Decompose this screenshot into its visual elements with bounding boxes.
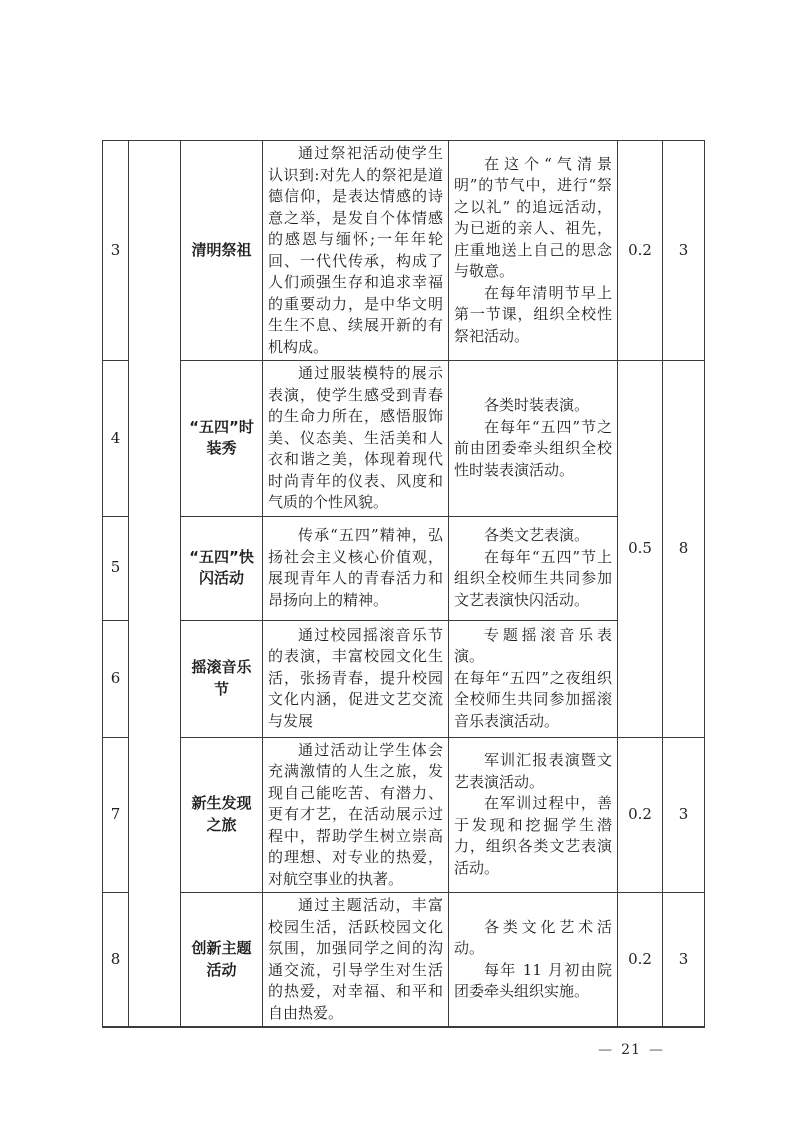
document-table: 3 清明祭祖 通过祭祀活动使学生认识到:对先人的祭祀是道德信仰，是表达情感的诗意… — [102, 140, 705, 1028]
implementation-paragraph: 专题摇滚音乐表演。 — [454, 625, 612, 668]
description-paragraph: 通过主题活动，丰富校园生活，活跃校园文化氛围，加强同学之间的沟通交流，引导学生对… — [268, 895, 443, 1024]
row-number: 8 — [103, 893, 129, 1028]
activity-description: 通过主题活动，丰富校园生活，活跃校园文化氛围，加强同学之间的沟通交流，引导学生对… — [263, 893, 449, 1028]
page-number: 21 — [621, 1042, 641, 1058]
description-paragraph: 通过校园摇滚音乐节的表演，丰富校园文化生活，张扬青春，提升校园文化内涵，促进文艺… — [268, 625, 443, 733]
row-number: 4 — [103, 361, 129, 517]
table-row: 6 摇滚音乐节 通过校园摇滚音乐节的表演，丰富校园文化生活，张扬青春，提升校园文… — [103, 620, 705, 737]
activity-name: “五四”时装秀 — [181, 361, 263, 517]
implementation-paragraph: 在每年“五四”节之前由团委牵头组织全校性时装表演活动。 — [454, 417, 612, 482]
implementation-paragraph: 各类文化艺术活动。 — [454, 917, 612, 960]
activity-implementation: 专题摇滚音乐表演。 在每年“五四”之夜组织全校师生共同参加摇滚音乐表演活动。 — [449, 620, 618, 737]
implementation-paragraph: 在每年清明节早上第一节课，组织全校性祭祀活动。 — [454, 283, 612, 348]
description-paragraph: 传承“五四”精神，弘扬社会主义核心价值观，展现青年人的青春活力和昂扬向上的精神。 — [268, 525, 443, 611]
row-number: 7 — [103, 737, 129, 893]
activity-name: “五四”快闪活动 — [181, 516, 263, 620]
footer-dash-left: — — [598, 1042, 613, 1058]
activity-implementation: 军训汇报表演暨文艺表演活动。 在军训过程中，善于发现和挖掘学生潜力，组织各类文艺… — [449, 737, 618, 893]
activity-name: 创新主题活动 — [181, 893, 263, 1028]
activity-implementation: 在这个“气清景明”的节气中，进行“祭之以礼” 的追远活动，为已逝的亲人、祖先，庄… — [449, 141, 618, 361]
implementation-paragraph: 各类时装表演。 — [454, 395, 612, 417]
credit-cell: 0.2 — [618, 141, 663, 361]
table-row: 3 清明祭祖 通过祭祀活动使学生认识到:对先人的祭祀是道德信仰，是表达情感的诗意… — [103, 141, 705, 361]
credit-cell: 0.5 — [618, 361, 663, 738]
activity-description: 通过校园摇滚音乐节的表演，丰富校园文化生活，张扬青春，提升校园文化内涵，促进文艺… — [263, 620, 449, 737]
implementation-paragraph: 军训汇报表演暨文艺表演活动。 — [454, 750, 612, 793]
activity-description: 通过活动让学生体会充满激情的人生之旅，发现自己能吃苦、有潜力、更有才艺，在活动展… — [263, 737, 449, 893]
description-paragraph: 通过服装模特的展示表演，使学生感受到青春的生命力所在，感悟服饰美、仪态美、生活美… — [268, 363, 443, 514]
hours-cell: 3 — [663, 893, 705, 1028]
document-page: 3 清明祭祖 通过祭祀活动使学生认识到:对先人的祭祀是道德信仰，是表达情感的诗意… — [0, 0, 793, 1122]
activity-description: 传承“五四”精神，弘扬社会主义核心价值观，展现青年人的青春活力和昂扬向上的精神。 — [263, 516, 449, 620]
table-row: 4 “五四”时装秀 通过服装模特的展示表演，使学生感受到青春的生命力所在，感悟服… — [103, 361, 705, 517]
implementation-paragraph: 每年 11 月初由院团委牵头组织实施。 — [454, 960, 612, 1003]
row-number: 3 — [103, 141, 129, 361]
credit-cell: 0.2 — [618, 737, 663, 893]
description-paragraph: 通过活动让学生体会充满激情的人生之旅，发现自己能吃苦、有潜力、更有才艺，在活动展… — [268, 740, 443, 891]
activity-name: 新生发现之旅 — [181, 737, 263, 893]
credit-cell: 0.2 — [618, 893, 663, 1028]
description-paragraph: 通过祭祀活动使学生认识到:对先人的祭祀是道德信仰，是表达情感的诗意之举，是发自个… — [268, 143, 443, 358]
hours-cell: 3 — [663, 141, 705, 361]
row-number: 6 — [103, 620, 129, 737]
activity-name: 摇滚音乐节 — [181, 620, 263, 737]
activity-description: 通过服装模特的展示表演，使学生感受到青春的生命力所在，感悟服饰美、仪态美、生活美… — [263, 361, 449, 517]
activity-implementation: 各类时装表演。 在每年“五四”节之前由团委牵头组织全校性时装表演活动。 — [449, 361, 618, 517]
implementation-paragraph: 在军训过程中，善于发现和挖掘学生潜力，组织各类文艺表演活动。 — [454, 793, 612, 879]
page-footer: —21— — [590, 1042, 672, 1058]
row-number: 5 — [103, 516, 129, 620]
hours-cell: 3 — [663, 737, 705, 893]
implementation-paragraph: 在每年“五四”之夜组织全校师生共同参加摇滚音乐表演活动。 — [454, 668, 612, 733]
implementation-paragraph: 各类文艺表演。 — [454, 525, 612, 547]
category-cell — [129, 141, 181, 1028]
activity-implementation: 各类文艺表演。 在每年“五四”节上组织全校师生共同参加文艺表演快闪活动。 — [449, 516, 618, 620]
implementation-paragraph: 在这个“气清景明”的节气中，进行“祭之以礼” 的追远活动，为已逝的亲人、祖先，庄… — [454, 154, 612, 283]
hours-cell: 8 — [663, 361, 705, 738]
activity-description: 通过祭祀活动使学生认识到:对先人的祭祀是道德信仰，是表达情感的诗意之举，是发自个… — [263, 141, 449, 361]
table-row: 7 新生发现之旅 通过活动让学生体会充满激情的人生之旅，发现自己能吃苦、有潜力、… — [103, 737, 705, 893]
table-row: 8 创新主题活动 通过主题活动，丰富校园生活，活跃校园文化氛围，加强同学之间的沟… — [103, 893, 705, 1028]
table-row: 5 “五四”快闪活动 传承“五四”精神，弘扬社会主义核心价值观，展现青年人的青春… — [103, 516, 705, 620]
activity-implementation: 各类文化艺术活动。 每年 11 月初由院团委牵头组织实施。 — [449, 893, 618, 1028]
footer-dash-right: — — [649, 1042, 664, 1058]
activity-name: 清明祭祖 — [181, 141, 263, 361]
implementation-paragraph: 在每年“五四”节上组织全校师生共同参加文艺表演快闪活动。 — [454, 547, 612, 612]
